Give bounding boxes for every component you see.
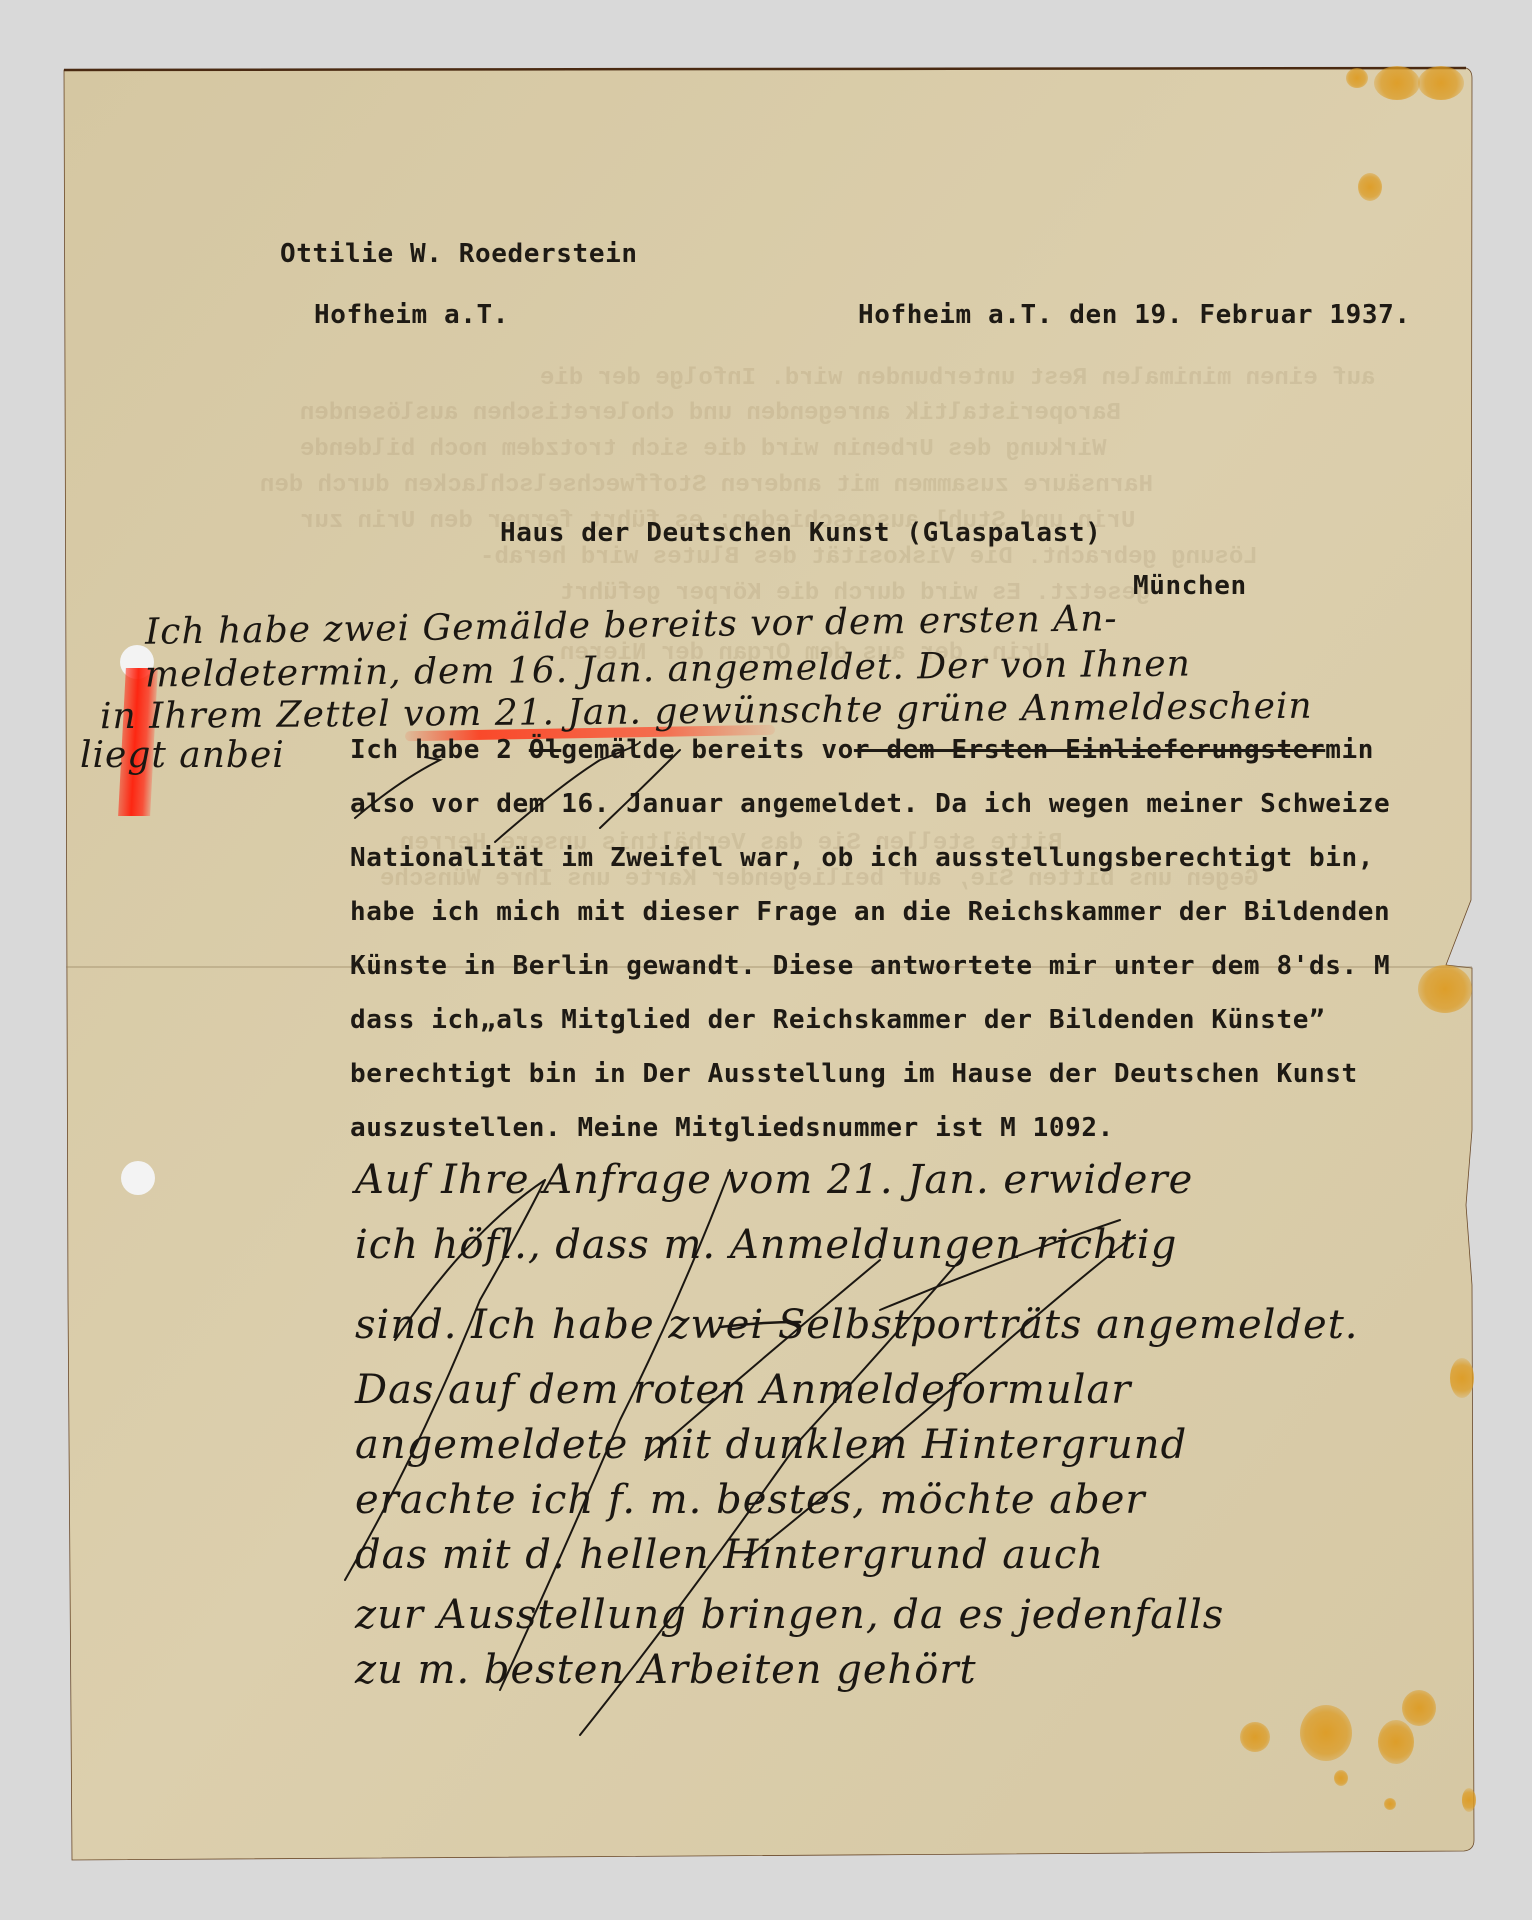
stain [1374,66,1420,100]
letter-page: auf einen minimalen Rest unterbunden wir… [0,0,1532,1920]
struck-text: Öl [529,735,562,765]
stain [1402,1690,1436,1726]
body-line-7: berechtigt bin in Der Ausstellung im Hau… [350,1061,1358,1087]
stain [1450,1358,1474,1398]
stain [1300,1705,1352,1761]
handwritten-bottom-line-5: angemeldete mit dunklem Hintergrund [355,1425,1187,1465]
handwritten-bottom-line-2: ich höfl., dass m. Anmeldungen richtig [355,1225,1177,1265]
text-segment: gemälde bereits vo [561,735,854,765]
struck-text: r dem Ersten Einlieferungster [854,735,1325,765]
handwritten-bottom-line-4: Das auf dem roten Anmeldeformular [355,1370,1131,1410]
text-segment: Ich habe 2 [350,735,529,765]
handwritten-bottom-line-6: erachte ich f. m. bestes, möchte aber [355,1480,1146,1520]
handwritten-bottom-line-3: sind. Ich habe zwei Selbstporträts angem… [355,1305,1358,1345]
bleed-through-line: Baroperistaltik anregenden und cholereti… [300,400,1121,427]
stain [1384,1798,1396,1810]
bleed-through-line: auf einen minimalen Rest unterbunden wir… [540,365,1375,392]
body-line-3: Nationalität im Zweifel war, ob ich auss… [350,845,1374,871]
addressee-city: München [1133,573,1247,599]
body-line-4: habe ich mich mit dieser Frage an die Re… [350,899,1390,925]
stain [1334,1770,1348,1786]
sender-place: Hofheim a.T. [314,302,509,328]
body-line-6: dass ich„als Mitglied der Reichskammer d… [350,1007,1325,1033]
body-line-8: auszustellen. Meine Mitgliedsnummer ist … [350,1115,1114,1141]
text-segment: min [1325,735,1374,765]
handwritten-bottom-line-1: Auf Ihre Anfrage vom 21. Jan. erwidere [355,1160,1193,1200]
date-line: Hofheim a.T. den 19. Februar 1937. [858,302,1411,328]
bleed-through-line: Lösung gebracht. Die Viskosität des Blut… [480,544,1258,571]
stain [1418,965,1472,1013]
stain [1358,173,1382,201]
handwritten-bottom-line-7: das mit d. hellen Hintergrund auch [355,1535,1104,1575]
body-line-5: Künste in Berlin gewandt. Diese antworte… [350,953,1390,979]
body-line-2: also vor dem 16. Januar angemeldet. Da i… [350,791,1390,817]
stain [1462,1788,1476,1812]
stain [1378,1720,1414,1764]
handwritten-bottom-line-9: zu m. besten Arbeiten gehört [355,1650,977,1690]
addressee-institution: Haus der Deutschen Kunst (Glaspalast) [500,520,1101,546]
bleed-through-line: Harnsäure zusammen mit anderen Stoffwech… [260,472,1153,499]
stain [1240,1722,1270,1752]
bleed-through-line: Wirkung des Urbenin wird die sich trotzd… [300,436,1107,463]
punch-hole [121,1161,155,1195]
stain [1346,68,1368,88]
handwritten-top-line-4: liegt anbei [80,738,285,774]
body-line-1: Ich habe 2 Ölgemälde bereits vor dem Ers… [350,737,1374,763]
sender-name: Ottilie W. Roederstein [280,241,638,267]
stain [1418,66,1464,100]
handwritten-bottom-line-8: zur Ausstellung bringen, da es jedenfall… [355,1595,1224,1635]
